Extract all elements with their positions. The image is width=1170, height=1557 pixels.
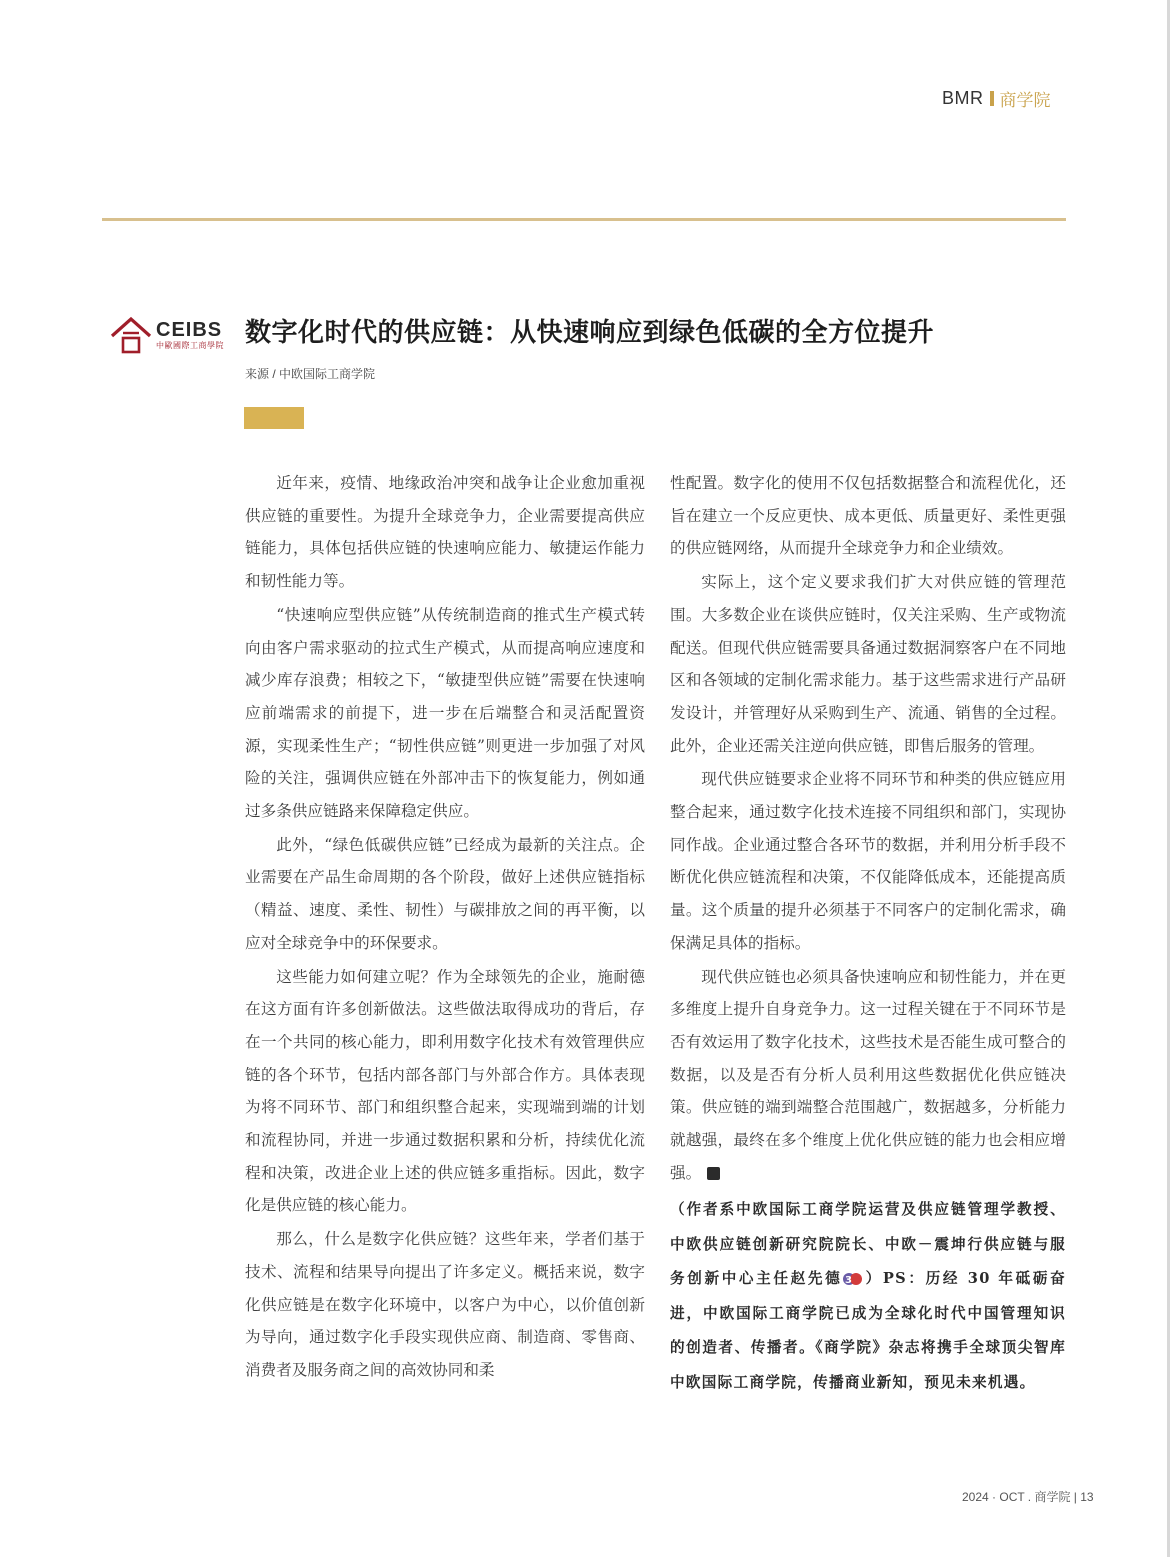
accent-block [244, 407, 304, 429]
end-mark-icon: 商 [707, 1167, 720, 1180]
logo-english: CEIBS [156, 320, 224, 340]
paragraph: 这些能力如何建立呢？作为全球领先的企业，施耐德在这方面有许多创新做法。这些做法取… [245, 961, 645, 1223]
logo-chinese: 中歐國際工商學院 [156, 340, 224, 351]
paragraph: 此外，“绿色低碳供应链”已经成为最新的关注点。企业需要在产品生命周期的各个阶段，… [245, 829, 645, 960]
ceibs-roof-icon [110, 316, 152, 354]
column-right: 性配置。数字化的使用不仅包括数据整合和流程优化，还旨在建立一个反应更快、成本更低… [670, 467, 1066, 1400]
author-note-part2: ）PS：历经 30 年砥砺奋进，中欧国际工商学院已成为全球化时代中国管理知识的创… [670, 1270, 1066, 1391]
ceibs-logo: CEIBS 中歐國際工商學院 [110, 315, 235, 355]
svg-text:3: 3 [845, 1275, 853, 1286]
page-folio: 2024 · OCT . 商学院 | 13 [962, 1488, 1094, 1505]
article-source: 来源 / 中欧国际工商学院 [245, 365, 375, 382]
header-divider-bar [990, 91, 994, 106]
anniversary-30-icon: 3 [842, 1272, 864, 1286]
paragraph: 现代供应链要求企业将不同环节和种类的供应链应用整合起来，通过数字化技术连接不同组… [670, 763, 1066, 959]
paragraph-text: 现代供应链也必须具备快速响应和韧性能力，并在更多维度上提升自身竞争力。这一过程关… [670, 968, 1066, 1182]
paragraph: 实际上，这个定义要求我们扩大对供应链的管理范围。大多数企业在谈供应链时，仅关注采… [670, 566, 1066, 762]
paragraph: 那么，什么是数字化供应链？这些年来，学者们基于技术、流程和结果导向提出了许多定义… [245, 1223, 645, 1387]
article-title: 数字化时代的供应链：从快速响应到绿色低碳的全方位提升 [245, 312, 934, 349]
column-left: 近年来，疫情、地缘政治冲突和战争让企业愈加重视供应链的重要性。为提升全球竞争力，… [245, 467, 645, 1388]
running-header: BMR 商学院 [942, 85, 1051, 111]
header-magazine-name: 商学院 [1000, 86, 1051, 111]
header-brand: BMR [942, 88, 984, 109]
header-rule [102, 218, 1066, 221]
author-note: （作者系中欧国际工商学院运营及供应链管理学教授、中欧供应链创新研究院院长、中欧－… [670, 1193, 1066, 1400]
paragraph-final: 现代供应链也必须具备快速响应和韧性能力，并在更多维度上提升自身竞争力。这一过程关… [670, 961, 1066, 1190]
paragraph: “快速响应型供应链”从传统制造商的推式生产模式转向由客户需求驱动的拉式生产模式，… [245, 599, 645, 828]
paragraph: 近年来，疫情、地缘政治冲突和战争让企业愈加重视供应链的重要性。为提升全球竞争力，… [245, 467, 645, 598]
paragraph-continued: 性配置。数字化的使用不仅包括数据整合和流程优化，还旨在建立一个反应更快、成本更低… [670, 467, 1066, 565]
